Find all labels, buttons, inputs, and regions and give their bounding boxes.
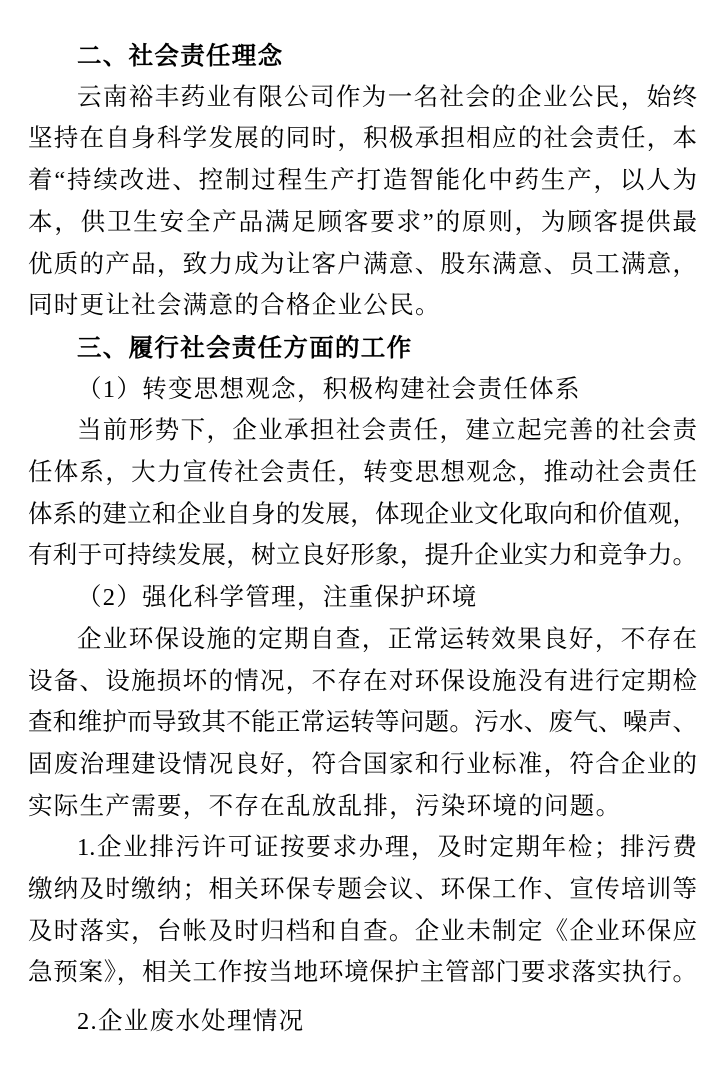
text-line: 任体系，大力宣传社会责任，转变思想观念，推动社会责任 xyxy=(28,452,697,494)
text-line: 体系的建立和企业自身的发展，体现企业文化取向和价值观， xyxy=(28,494,697,536)
text-line: 及时落实，台帐及时归档和自查。企业未制定《企业环保应 xyxy=(28,911,697,953)
text-line: 实际生产需要，不存在乱放乱排，污染环境的问题。 xyxy=(28,786,697,828)
subitem-2-title: （2）强化科学管理，注重保护环境 xyxy=(28,577,697,619)
text-line: 2.企业废水处理情况 xyxy=(28,1001,697,1043)
text-line: （1）转变思想观念，积极构建社会责任体系 xyxy=(28,369,697,411)
csr-philosophy-paragraph: 云南裕丰药业有限公司作为一名社会的企业公民，始终坚持在自身科学发展的同时，积极承… xyxy=(28,77,697,327)
text-line: 查和维护而导致其不能正常运转等问题。污水、废气、噪声、 xyxy=(28,702,697,744)
text-line: 当前形势下，企业承担社会责任，建立起完善的社会责 xyxy=(28,410,697,452)
text-line: 急预案》，相关工作按当地环境保护主管部门要求落实执行。 xyxy=(28,952,697,994)
text-line: 企业环保设施的定期自查，正常运转效果良好，不存在 xyxy=(28,619,697,661)
subitem-2-body: 企业环保设施的定期自查，正常运转效果良好，不存在设备、设施损坏的情况，不存在对环… xyxy=(28,619,697,828)
document-content: 二、社会责任理念云南裕丰药业有限公司作为一名社会的企业公民，始终坚持在自身科学发… xyxy=(0,0,705,1043)
text-line: 缴纳及时缴纳；相关环保专题会议、环保工作、宣传培训等 xyxy=(28,869,697,911)
numbered-item-1: 1.企业排污许可证按要求办理，及时定期年检；排污费缴纳及时缴纳；相关环保专题会议… xyxy=(28,827,697,994)
text-line: 设备、设施损坏的情况，不存在对环保设施没有进行定期检 xyxy=(28,661,697,703)
text-line: （2）强化科学管理，注重保护环境 xyxy=(28,577,697,619)
document-page: 二、社会责任理念云南裕丰药业有限公司作为一名社会的企业公民，始终坚持在自身科学发… xyxy=(0,0,705,1081)
subitem-1-title: （1）转变思想观念，积极构建社会责任体系 xyxy=(28,369,697,411)
text-line: 云南裕丰药业有限公司作为一名社会的企业公民，始终 xyxy=(28,77,697,119)
numbered-item-2: 2.企业废水处理情况 xyxy=(28,1001,697,1043)
text-line: 坚持在自身科学发展的同时，积极承担相应的社会责任，本 xyxy=(28,118,697,160)
text-line: 同时更让社会满意的合格企业公民。 xyxy=(28,285,697,327)
subitem-1-body: 当前形势下，企业承担社会责任，建立起完善的社会责任体系，大力宣传社会责任，转变思… xyxy=(28,410,697,577)
section-heading-2: 二、社会责任理念 xyxy=(28,35,697,77)
text-line: 二、社会责任理念 xyxy=(28,35,697,77)
text-line: 优质的产品，致力成为让客户满意、股东满意、员工满意， xyxy=(28,244,697,286)
section-heading-3: 三、履行社会责任方面的工作 xyxy=(28,327,697,369)
text-line: 有利于可持续发展，树立良好形象，提升企业实力和竞争力。 xyxy=(28,535,697,577)
text-line: 本，供卫生安全产品满足顾客要求”的原则，为顾客提供最 xyxy=(28,202,697,244)
text-line: 三、履行社会责任方面的工作 xyxy=(28,327,697,369)
text-line: 固废治理建设情况良好，符合国家和行业标准，符合企业的 xyxy=(28,744,697,786)
text-line: 着“持续改进、控制过程生产打造智能化中药生产，以人为 xyxy=(28,160,697,202)
text-line: 1.企业排污许可证按要求办理，及时定期年检；排污费 xyxy=(28,827,697,869)
